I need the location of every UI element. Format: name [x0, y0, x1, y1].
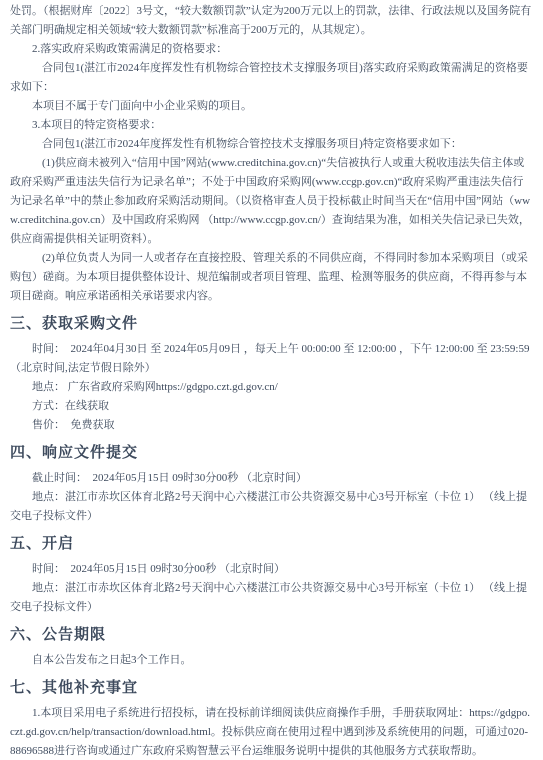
other-matters-paragraph: 1.本项目采用电子系统进行招投标，请在投标前详细阅读供应商操作手册，手册获取网址…: [10, 704, 533, 760]
intro-paragraph-policy-requirement: 2.落实政府采购政策需满足的资格要求：: [10, 40, 533, 59]
submission-deadline-line: 截止时间： 2024年05月15日 09时30分00秒 （北京时间）: [10, 469, 533, 488]
section-title-announcement-period: 六、公告期限: [10, 625, 533, 645]
intro-paragraph-contract-pack-specific: 合同包1(湛江市2024年度挥发性有机物综合管控技术支撑服务项目)特定资格要求如…: [10, 135, 533, 154]
intro-paragraph-specific-requirement: 3.本项目的特定资格要求：: [10, 116, 533, 135]
obtain-price-line: 售价： 免费获取: [10, 416, 533, 435]
obtain-time-line: 时间： 2024年04月30日 至 2024年05月09日 ，每天上午 00:0…: [10, 340, 533, 378]
intro-paragraph-not-sme-project: 本项目不属于专门面向中小企业采购的项目。: [10, 97, 533, 116]
intro-paragraph-same-person-rule: (2)单位负责人为同一人或者存在直接控股、管理关系的不同供应商，不得同时参加本采…: [10, 249, 533, 306]
intro-paragraph-penalty-note: 处罚。（根据财库〔2022〕3号文，“较大数额罚款”认定为200万元以上的罚款，…: [10, 2, 533, 40]
procurement-announcement-page: 处罚。（根据财库〔2022〕3号文，“较大数额罚款”认定为200万元以上的罚款，…: [0, 0, 543, 760]
opening-time-line: 时间： 2024年05月15日 09时30分00秒 （北京时间）: [10, 560, 533, 579]
intro-paragraph-contract-pack-policy: 合同包1(湛江市2024年度挥发性有机物综合管控技术支撑服务项目)落实政府采购政…: [10, 59, 533, 97]
section-title-obtain-documents: 三、获取采购文件: [10, 314, 533, 334]
obtain-method-line: 方式：在线获取: [10, 397, 533, 416]
announcement-period-line: 自本公告发布之日起3个工作日。: [10, 651, 533, 670]
section-title-opening: 五、开启: [10, 534, 533, 554]
obtain-location-line: 地点： 广东省政府采购网https://gdgpo.czt.gd.gov.cn/: [10, 378, 533, 397]
opening-location-line: 地点：湛江市赤坎区体育北路2号天润中心六楼湛江市公共资源交易中心3号开标室（卡位…: [10, 579, 533, 617]
submission-location-line: 地点：湛江市赤坎区体育北路2号天润中心六楼湛江市公共资源交易中心3号开标室（卡位…: [10, 488, 533, 526]
section-title-response-submission: 四、响应文件提交: [10, 443, 533, 463]
section-title-other-matters: 七、其他补充事宜: [10, 678, 533, 698]
intro-paragraph-credit-china-rule: (1)供应商未被列入“信用中国”网站(www.creditchina.gov.c…: [10, 154, 533, 249]
